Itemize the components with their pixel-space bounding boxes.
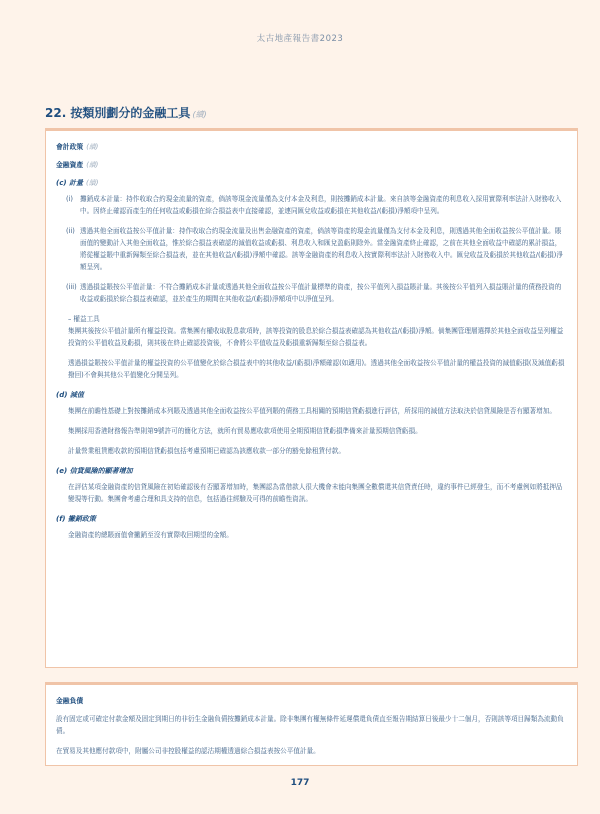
continued-label: (續) [192,110,206,119]
measurement-label: (c) 計量 [56,179,83,187]
equity-paragraph: 透過損益賬按公平值計量的權益投資的公平值變化於綜合損益表中的其他收益/(虧損)淨… [68,357,567,381]
financial-liabilities-box: 金融負債 設有固定或可確定付款金額及固定到期日的非衍生金融負債按攤銷成本計量。除… [45,682,578,766]
page-number: 177 [0,778,600,788]
equity-instruments-heading: – 權益工具 [68,313,567,325]
financial-liabilities-paragraph: 在貿易及其他應付款項中，附屬公司非控股權益的認沽期權透過綜合損益表按公平值計量。 [56,745,567,757]
section-title: 22. 按類別劃分的金融工具(續) [45,104,207,121]
measurement-item-amortised-cost: (i) 攤銷成本計量：持作收取合約現金流量的資產，倘該等現金流量僅為支付本金及利… [66,193,567,217]
credit-risk-paragraph: 在評估某項金融資產的信貸風險在初始確認後有否顯著增加時，集團認為當借款人很大機會… [68,481,567,505]
item-text: 透過其他全面收益按公平值計量：持作收取合約現金流量及出售金融資產的資產，倘該等資… [80,225,567,273]
item-number: (ii) [66,225,80,273]
continued-label: (續) [86,161,98,169]
financial-liabilities-paragraph: 設有固定或可確定付款金額及固定到期日的非衍生金融負債按攤銷成本計量。除非集團有權… [56,713,567,737]
credit-risk-heading: (e) 信貸風險的顯著增加 [56,465,567,477]
impairment-paragraph: 計量營業租賃應收款的預期信貸虧損包括考慮預期已確認為該應收款一部分的豁免餘租賃付… [68,445,567,457]
report-title: 太古地產報告書2023 [0,32,600,44]
financial-liabilities-heading: 金融負債 [56,695,567,707]
measurement-item-fvpl: (iii) 透過損益賬按公平值計量：不符合攤銷成本計量或透過其他全面收益按公平值… [66,281,567,305]
impairment-paragraph: 集團在前瞻性基礎上對按攤銷成本列賬及透過其他全面收益按公平值列賬的債務工具相關的… [68,405,567,417]
accounting-policy-box: 會計政策(續) 金融資產(續) (c) 計量(續) (i) 攤銷成本計量：持作收… [45,128,578,668]
item-text: 攤銷成本計量：持作收取合約現金流量的資產，倘該等現金流量僅為支付本金及利息，則按… [80,193,567,217]
continued-label: (續) [86,143,98,151]
section-title-text: 22. 按類別劃分的金融工具 [45,106,190,120]
accounting-policy-label: 會計政策 [56,143,83,151]
financial-assets-heading: 金融資產(續) [56,159,567,171]
item-number: (i) [66,193,80,217]
item-text: 透過損益賬按公平值計量：不符合攤銷成本計量或透過其他全面收益按公平值計量標準的資… [80,281,567,305]
item-number: (iii) [66,281,80,305]
write-off-heading: (f) 撇銷政策 [56,513,567,525]
continued-label: (續) [86,179,98,187]
measurement-heading: (c) 計量(續) [56,177,567,189]
impairment-heading: (d) 減值 [56,389,567,401]
write-off-paragraph: 金融資產的總賬面值會撇銷至沒有實際收回期望的金額。 [68,529,567,541]
impairment-paragraph: 集團採用香港財務報告準則第9號許可的簡化方法，就所有貿易應收款項使用全期預期信貸… [68,425,567,437]
equity-paragraph: 集團其後按公平值計量所有權益投資。當集團有權收取股息款項時，該等投資的股息於綜合… [68,325,567,349]
financial-assets-label: 金融資產 [56,161,83,169]
measurement-item-fvoci: (ii) 透過其他全面收益按公平值計量：持作收取合約現金流量及出售金融資產的資產… [66,225,567,273]
accounting-policy-heading: 會計政策(續) [56,141,567,153]
